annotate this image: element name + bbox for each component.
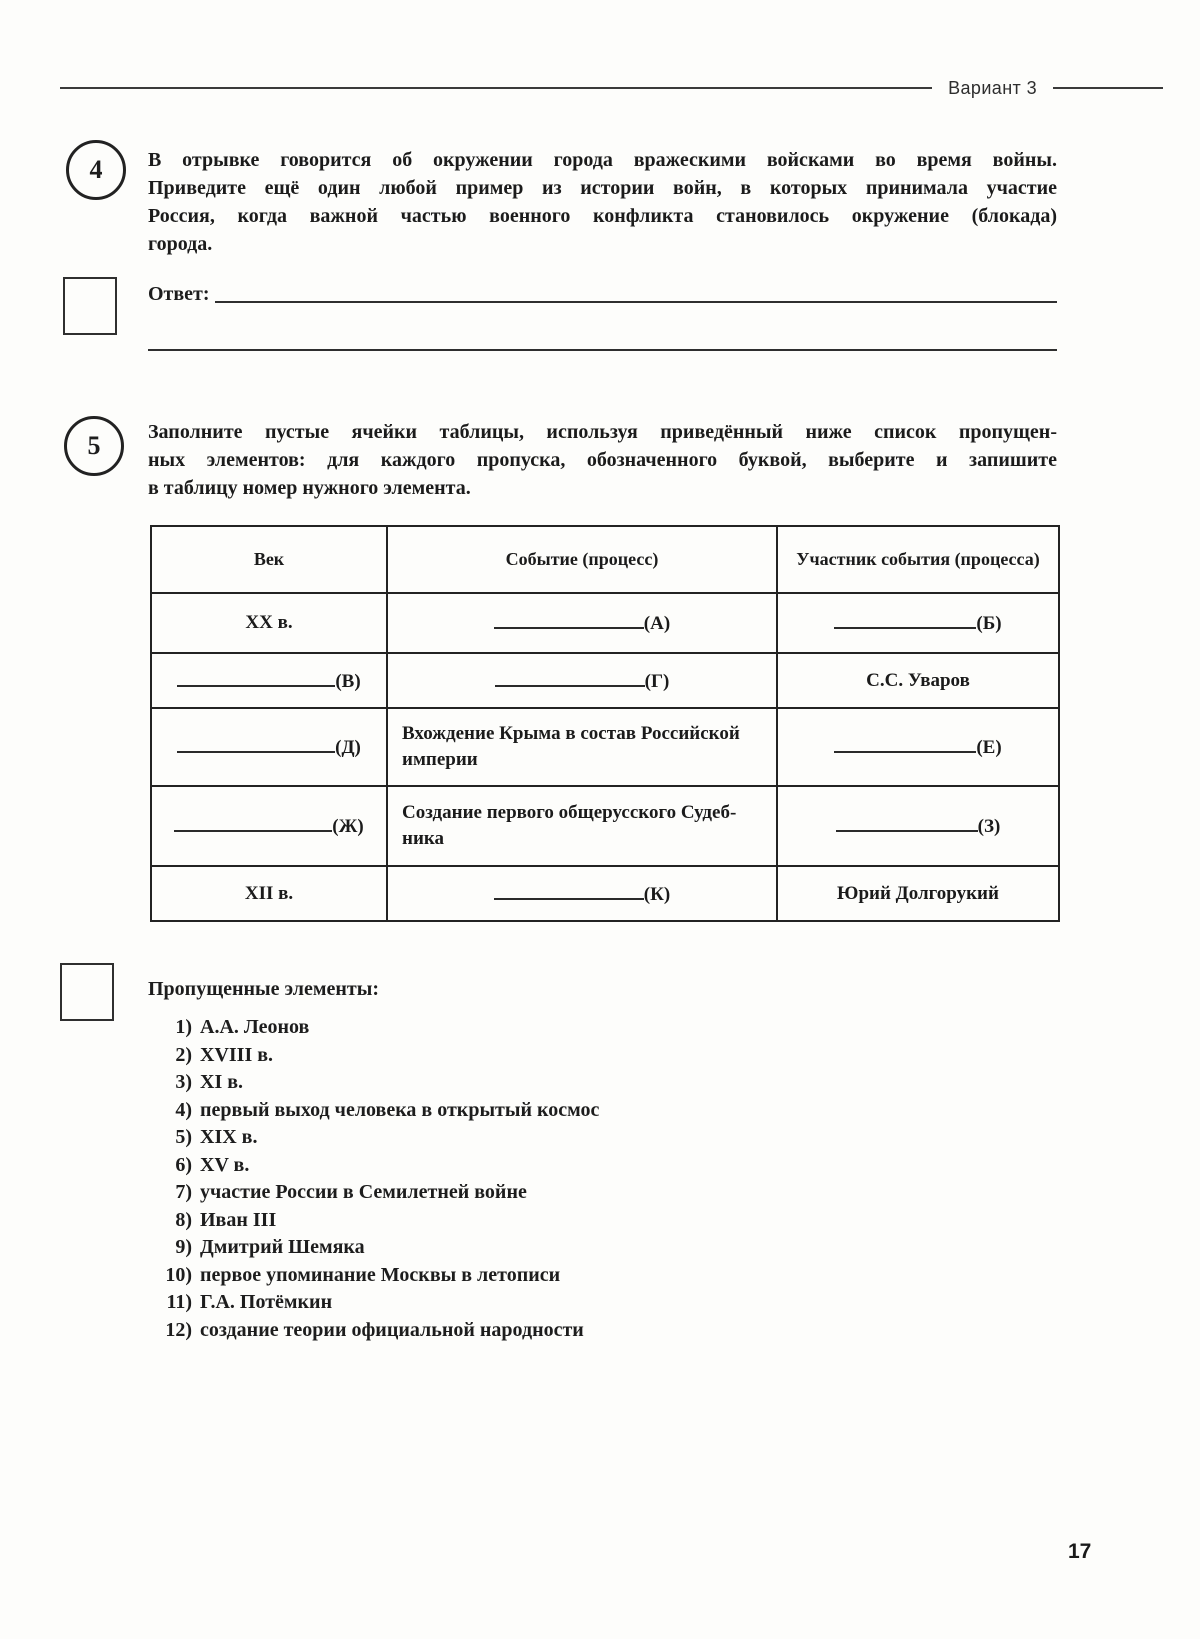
question-text-line: в таблицу номер нужного элемента. (148, 474, 1057, 502)
exam-page: Вариант 3 4 В отрывке говорится об окруж… (0, 0, 1200, 1639)
table-row: (В) (Г) С.С. Уваров (151, 653, 1059, 708)
blank-letter: (Д) (335, 737, 361, 758)
blank-line (834, 735, 976, 753)
list-item-text: XV в. (200, 1152, 249, 1180)
table-cell: С.С. Уваров (777, 653, 1059, 708)
list-item: 9)Дмитрий Шемяка (148, 1234, 968, 1262)
list-item-text: Иван III (200, 1207, 276, 1235)
answer-row: Ответ: (148, 283, 1057, 306)
blank-line (834, 611, 976, 629)
table-cell: Вхождение Крыма в состав Российской импе… (387, 708, 777, 786)
blank-line (494, 881, 644, 899)
blank-letter: (З) (978, 816, 1001, 837)
list-item-number: 6) (148, 1152, 192, 1180)
list-item-number: 3) (148, 1069, 192, 1097)
question-text-line: В отрывке говорится об окружении города … (148, 146, 1057, 174)
variant-label: Вариант 3 (948, 78, 1037, 99)
table-header-row: Век Событие (процесс) Участник события (… (151, 526, 1059, 593)
list-item-text: Г.А. Потёмкин (200, 1289, 332, 1317)
cell-text: Юрий Долгорукий (837, 883, 999, 904)
table-row: XII в. (К) Юрий Долгорукий (151, 866, 1059, 921)
blank-letter: (К) (644, 884, 670, 905)
table-blank-cell: (Д) (151, 708, 387, 786)
list-item-text: создание теории официальной народности (200, 1317, 584, 1345)
question-text-line: Россия, когда важной частью военного кон… (148, 202, 1057, 230)
list-item: 3)XI в. (148, 1069, 968, 1097)
missing-elements-label: Пропущенные элементы: (148, 978, 379, 1001)
header-rule-left (60, 87, 932, 89)
list-item-text: первое упоминание Москвы в летописи (200, 1262, 560, 1290)
blank-letter: (Е) (976, 737, 1001, 758)
list-item: 8)Иван III (148, 1207, 968, 1235)
table-cell: XII в. (151, 866, 387, 921)
table-blank-cell: (З) (777, 786, 1059, 866)
list-item-text: А.А. Леонов (200, 1014, 309, 1042)
cell-text: Создание первого общерусского Судеб­ника (402, 802, 736, 849)
page-header: Вариант 3 (60, 74, 1163, 102)
question-4-badge: 4 (66, 140, 126, 200)
blank-letter: (Г) (645, 671, 670, 692)
blank-letter: (В) (335, 671, 360, 692)
blank-line (177, 668, 335, 686)
table-blank-cell: (Е) (777, 708, 1059, 786)
blank-line (495, 668, 645, 686)
blank-letter: (Б) (976, 613, 1001, 634)
blank-line (177, 735, 335, 753)
cell-text: Вхождение Крыма в состав Российской импе… (402, 723, 740, 770)
question-4-number: 4 (90, 155, 103, 185)
list-item-text: XIX в. (200, 1124, 257, 1152)
list-item-number: 5) (148, 1124, 192, 1152)
list-item-number: 4) (148, 1097, 192, 1125)
question-text-line: ных элементов: для каждого пропуска, обо… (148, 446, 1057, 474)
question-5-badge: 5 (64, 416, 124, 476)
page-number: 17 (1068, 1540, 1091, 1564)
question-4-text: В отрывке говорится об окружении города … (148, 146, 1057, 258)
list-item-number: 11) (148, 1289, 192, 1317)
list-item: 7)участие России в Семилетней войне (148, 1179, 968, 1207)
list-item-number: 7) (148, 1179, 192, 1207)
blank-line (836, 814, 978, 832)
cell-text: XX в. (245, 612, 292, 633)
table-row: XX в. (А) (Б) (151, 593, 1059, 653)
table-cell: Юрий Долгорукий (777, 866, 1059, 921)
table-cell: Создание первого общерусского Судеб­ника (387, 786, 777, 866)
cell-text: С.С. Уваров (866, 670, 970, 691)
list-item: 11)Г.А. Потёмкин (148, 1289, 968, 1317)
list-item: 5)XIX в. (148, 1124, 968, 1152)
table-header-century: Век (151, 526, 387, 593)
list-item-number: 9) (148, 1234, 192, 1262)
table-header-event: Событие (процесс) (387, 526, 777, 593)
table-cell: XX в. (151, 593, 387, 653)
list-item: 10)первое упоминание Москвы в летописи (148, 1262, 968, 1290)
answer-write-line-2 (148, 329, 1057, 351)
score-box (63, 277, 117, 335)
list-item: 2)XVIII в. (148, 1042, 968, 1070)
score-box (60, 963, 114, 1021)
blank-letter: (А) (644, 613, 670, 634)
table-row: (Ж) Создание первого общерусского Судеб­… (151, 786, 1059, 866)
table-blank-cell: (Ж) (151, 786, 387, 866)
list-item-number: 12) (148, 1317, 192, 1345)
list-item: 4)первый выход человека в открытый космо… (148, 1097, 968, 1125)
table-row: (Д) Вхождение Крыма в состав Российской … (151, 708, 1059, 786)
missing-elements-list: 1)А.А. Леонов 2)XVIII в. 3)XI в. 4)первы… (148, 1014, 968, 1344)
list-item-text: участие России в Семилетней войне (200, 1179, 527, 1207)
list-item: 6)XV в. (148, 1152, 968, 1180)
list-item-number: 8) (148, 1207, 192, 1235)
question-text-line: города. (148, 230, 1057, 258)
table-blank-cell: (Г) (387, 653, 777, 708)
list-item-number: 10) (148, 1262, 192, 1290)
table-blank-cell: (В) (151, 653, 387, 708)
table-blank-cell: (Б) (777, 593, 1059, 653)
blank-letter: (Ж) (332, 816, 363, 837)
events-table: Век Событие (процесс) Участник события (… (150, 525, 1060, 922)
list-item-text: первый выход человека в открытый космос (200, 1097, 599, 1125)
question-text-line: Заполните пустые ячейки таблицы, использ… (148, 418, 1057, 446)
blank-line (494, 611, 644, 629)
list-item-text: XI в. (200, 1069, 243, 1097)
list-item-number: 2) (148, 1042, 192, 1070)
table-blank-cell: (К) (387, 866, 777, 921)
header-rule-right (1053, 87, 1163, 89)
list-item: 12)создание теории официальной народност… (148, 1317, 968, 1345)
table-header-participant: Участник события (процесса) (777, 526, 1059, 593)
list-item: 1)А.А. Леонов (148, 1014, 968, 1042)
question-5-text: Заполните пустые ячейки таблицы, использ… (148, 418, 1057, 502)
cell-text: XII в. (245, 883, 293, 904)
list-item-number: 1) (148, 1014, 192, 1042)
table-blank-cell: (А) (387, 593, 777, 653)
list-item-text: Дмитрий Шемяка (200, 1234, 365, 1262)
question-text-line: Приведите ещё один любой пример из истор… (148, 174, 1057, 202)
blank-line (174, 814, 332, 832)
question-5-number: 5 (88, 431, 101, 461)
answer-label: Ответ: (148, 283, 210, 306)
list-item-text: XVIII в. (200, 1042, 273, 1070)
answer-write-line (215, 301, 1057, 303)
